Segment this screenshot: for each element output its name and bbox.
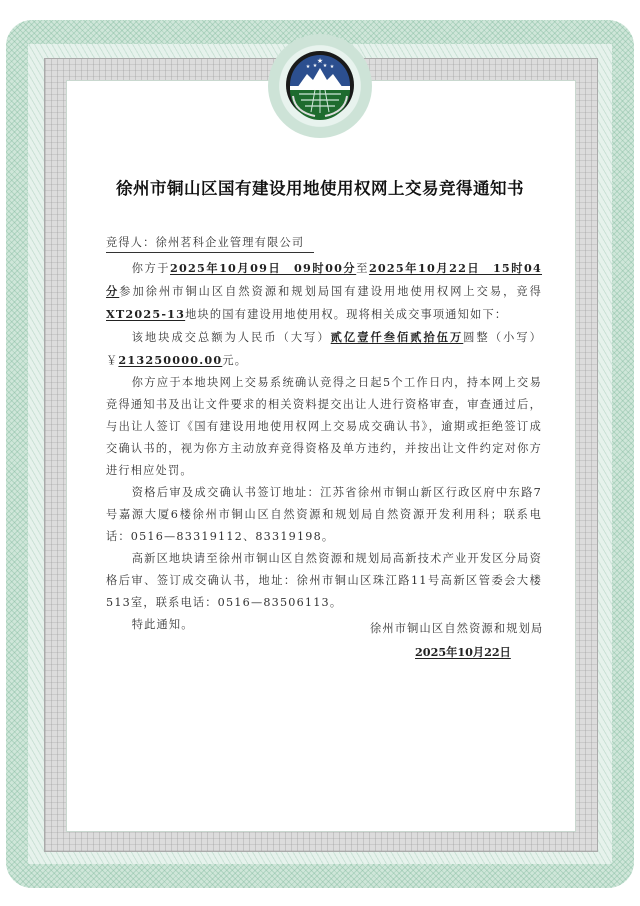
paragraph-hightech-address: 高新区地块请至徐州市铜山区自然资源和规划局高新技术产业开发区分局资格后审、签订成…	[106, 548, 542, 614]
text-to: 至	[356, 262, 369, 275]
svg-text:★: ★	[323, 63, 328, 69]
svg-text:★: ★	[306, 64, 311, 70]
document-title: 徐州市铜山区国有建设用地使用权网上交易竞得通知书	[0, 175, 640, 199]
issue-date: 2025年10月22日	[415, 644, 511, 660]
svg-text:★: ★	[313, 63, 318, 69]
paragraph-auction-details: 你方于2025年10月09日 09时00分至2025年10月22日 15时04分…	[106, 257, 542, 326]
amount-prefix: 该地块成交总额为人民币（大写）	[132, 331, 331, 344]
bidder-label: 竞得人：	[106, 236, 156, 249]
amount-lower: 213250000.00	[118, 353, 222, 367]
document-body: 竞得人：徐州茗科企业管理有限公司 你方于2025年10月09日 09时00分至2…	[106, 232, 542, 636]
parcel-number: XT2025-13	[106, 307, 185, 321]
svg-text:★: ★	[330, 64, 335, 70]
text-suffix: 地块的国有建设用地使用权。现将相关成交事项通知如下：	[185, 308, 507, 321]
text-prefix: 你方于	[132, 262, 170, 275]
bidder-line: 竞得人：徐州茗科企业管理有限公司	[106, 234, 314, 253]
text-middle: 参加徐州市铜山区自然资源和规划局国有建设用地使用权网上交易，竞得	[119, 285, 542, 298]
natural-resources-emblem-icon: ★ ★ ★ ★ ★	[285, 50, 355, 120]
bidder-name: 徐州茗科企业管理有限公司	[156, 236, 305, 249]
paragraph-obligations: 你方应于本地块网上交易系统确认竞得之日起5个工作日内，持本网上交易竞得通知书及出…	[106, 372, 542, 482]
start-time: 2025年10月09日 09时00分	[170, 261, 356, 275]
issuer-signature: 徐州市铜山区自然资源和规划局	[370, 620, 543, 636]
amount-suffix: 元。	[222, 354, 247, 367]
amount-upper: 贰亿壹仟叁佰贰拾伍万	[331, 330, 464, 344]
paragraph-amount: 该地块成交总额为人民币（大写）贰亿壹仟叁佰贰拾伍万圆整（小写）￥21325000…	[106, 326, 542, 372]
paragraph-review-address: 资格后审及成交确认书签订地址：江苏省徐州市铜山新区行政区府中东路7号嘉源大厦6楼…	[106, 482, 542, 548]
